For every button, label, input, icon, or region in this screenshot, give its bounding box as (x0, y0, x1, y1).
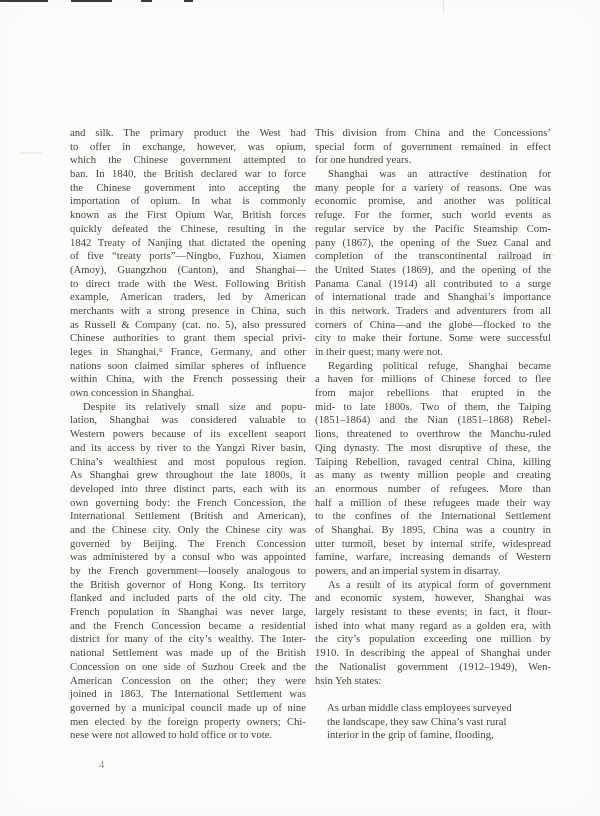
text-line: city to make their fortune. Some were su… (315, 332, 551, 346)
scan-artifact (20, 152, 42, 154)
text-line: 1910. In describing the appeal of Shangh… (315, 647, 551, 661)
text-line: Despite its relatively small size and po… (70, 401, 306, 415)
text-line: within China, with the French possessing… (70, 373, 306, 387)
text-line: Qing dynasty. The most disruptive of the… (315, 442, 551, 456)
text-line: example, American traders, led by Americ… (70, 291, 306, 305)
text-line: As urban middle class employees surveyed (327, 702, 551, 716)
text-line: Taiping Rebellion, ravaged central China… (315, 456, 551, 470)
text-line: to offer in exchange, however, was opium… (70, 141, 306, 155)
text-line: in their quest; many were not. (315, 346, 551, 360)
text-line: the city’s population exceeding one mill… (315, 633, 551, 647)
text-line: the landscape, they saw China’s vast rur… (327, 716, 551, 730)
text-line: many people for a variety of reasons. On… (315, 182, 551, 196)
text-line: China’s wealthiest and most populous reg… (70, 456, 306, 470)
text-line: nations soon claimed similar spheres of … (70, 360, 306, 374)
text-line: and the Chinese city. Only the Chinese c… (70, 524, 306, 538)
right-column: This division from China and the Concess… (315, 127, 551, 743)
text-line: nese were not allowed to hold office or … (70, 729, 306, 743)
text-line: national Settlement was made up of the B… (70, 647, 306, 661)
text-line: refuge. For the former, such world event… (315, 209, 551, 223)
scan-artifact (0, 0, 48, 2)
scan-artifact (184, 0, 193, 2)
text-line: (1851–1864) and the Nian (1851–1868) Reb… (315, 414, 551, 428)
text-line: International Settlement (British and Am… (70, 510, 306, 524)
text-line: by the French government—loosely analogo… (70, 565, 306, 579)
text-line: the Nationalist government (1912–1949), … (315, 661, 551, 675)
text-line: ished into what many regard as a golden … (315, 620, 551, 634)
text-line: men elected by the foreign property owne… (70, 716, 306, 730)
text-line: Western powers because of its excellent … (70, 428, 306, 442)
text-line: the Chinese government into accepting th… (70, 182, 306, 196)
text-line: American Concession on the other; they w… (70, 675, 306, 689)
text-line: As Shanghai grew throughout the late 180… (70, 469, 306, 483)
text-line: governed by Beijing. The French Concessi… (70, 538, 306, 552)
scan-artifact (443, 0, 444, 14)
text-line: of five “treaty ports”—Ningbo, Fuzhou, X… (70, 250, 306, 264)
text-line: hsin Yeh states: (315, 675, 551, 689)
text-line: and economic system, however, Shanghai w… (315, 592, 551, 606)
text-line: the United States (1869), and the openin… (315, 264, 551, 278)
text-line: and the French Concession became a resid… (70, 620, 306, 634)
blank-line (315, 688, 551, 702)
text-line: largely resistant to these events; in fa… (315, 606, 551, 620)
text-line: and silk. The primary product the West h… (70, 127, 306, 141)
text-line: powers, and an imperial system in disarr… (315, 565, 551, 579)
text-line: Chinese authorities to grant them specia… (70, 332, 306, 346)
text-line: developed into three distinct parts, eac… (70, 483, 306, 497)
text-line: half a million of these refugees made th… (315, 497, 551, 511)
left-column: and silk. The primary product the West h… (70, 127, 306, 743)
text-line: to the confines of the International Set… (315, 510, 551, 524)
text-line: joined in 1863. The International Settle… (70, 688, 306, 702)
text-line: was administered by a consul who was app… (70, 551, 306, 565)
scan-artifact (141, 0, 152, 2)
text-line: mid- to late 1800s. Two of them, the Tai… (315, 401, 551, 415)
text-line: French population in Shanghai was never … (70, 606, 306, 620)
text-line: pany (1867), the opening of the Suez Can… (315, 237, 551, 251)
text-line: known as the First Opium War, British fo… (70, 209, 306, 223)
text-line: flanked and included parts of the old ci… (70, 592, 306, 606)
text-line: lation, Shanghai was considered valuable… (70, 414, 306, 428)
text-line: As a result of its atypical form of gove… (315, 579, 551, 593)
text-line: an enormous number of refugees. More tha… (315, 483, 551, 497)
text-line: governed by a municipal council made up … (70, 702, 306, 716)
text-line: special form of government remained in e… (315, 141, 551, 155)
text-line: Shanghai was an attractive destination f… (315, 168, 551, 182)
text-line: Panama Canal (1914) all contributed to a… (315, 278, 551, 292)
text-line: to direct trade with the West. Following… (70, 278, 306, 292)
text-line: famine, warfare, increasing demands of W… (315, 551, 551, 565)
text-line: as many as twenty million people and cre… (315, 469, 551, 483)
text-line: completion of the transcontinental railr… (315, 250, 551, 264)
text-line: Concession on one side of Suzhou Creek a… (70, 661, 306, 675)
text-line: as Russell & Company (cat. no. 5), also … (70, 319, 306, 333)
text-line: own governing body: the French Concessio… (70, 497, 306, 511)
text-line: own concession in Shanghai. (70, 387, 306, 401)
scan-artifact (71, 0, 112, 2)
text-line: district for many of the city’s wealthy.… (70, 633, 306, 647)
text-line: This division from China and the Concess… (315, 127, 551, 141)
text-line: of Shanghai. By 1895, China was a countr… (315, 524, 551, 538)
text-line: importation of opium. In what is commonl… (70, 195, 306, 209)
text-line: leges in Shanghai.⁶ France, Germany, and… (70, 346, 306, 360)
text-line: interior in the grip of famine, flooding… (327, 729, 551, 743)
book-page: and silk. The primary product the West h… (0, 0, 600, 816)
text-line: ban. In 1840, the British declared war t… (70, 168, 306, 182)
text-line: from major rebellions that erupted in th… (315, 387, 551, 401)
text-line: lions, threatened to overthrow the Manch… (315, 428, 551, 442)
text-line: and its access by river to the Yangzi Ri… (70, 442, 306, 456)
text-line: quickly defeated the Chinese, resulting … (70, 223, 306, 237)
text-line: Regarding political refuge, Shanghai bec… (315, 360, 551, 374)
text-line: the British governor of Hong Kong. Its t… (70, 579, 306, 593)
text-line: merchants with a strong presence in Chin… (70, 305, 306, 319)
text-line: regular service by the Pacific Steamship… (315, 223, 551, 237)
text-line: (Amoy), Guangzhou (Canton), and Shanghai… (70, 264, 306, 278)
text-line: utter turmoil, beset by internal strife,… (315, 538, 551, 552)
text-line: a haven for millions of Chinese forced t… (315, 373, 551, 387)
text-line: for one hundred years. (315, 154, 551, 168)
text-line: economic promise, and another was politi… (315, 195, 551, 209)
text-line: in this network. Traders and adventurers… (315, 305, 551, 319)
text-line: of international trade and Shanghai’s im… (315, 291, 551, 305)
text-line: 1842 Treaty of Nanjing that dictated the… (70, 237, 306, 251)
text-line: corners of China—and the globe—flocked t… (315, 319, 551, 333)
text-line: which the Chinese government attempted t… (70, 154, 306, 168)
page-number: 4 (99, 760, 104, 771)
